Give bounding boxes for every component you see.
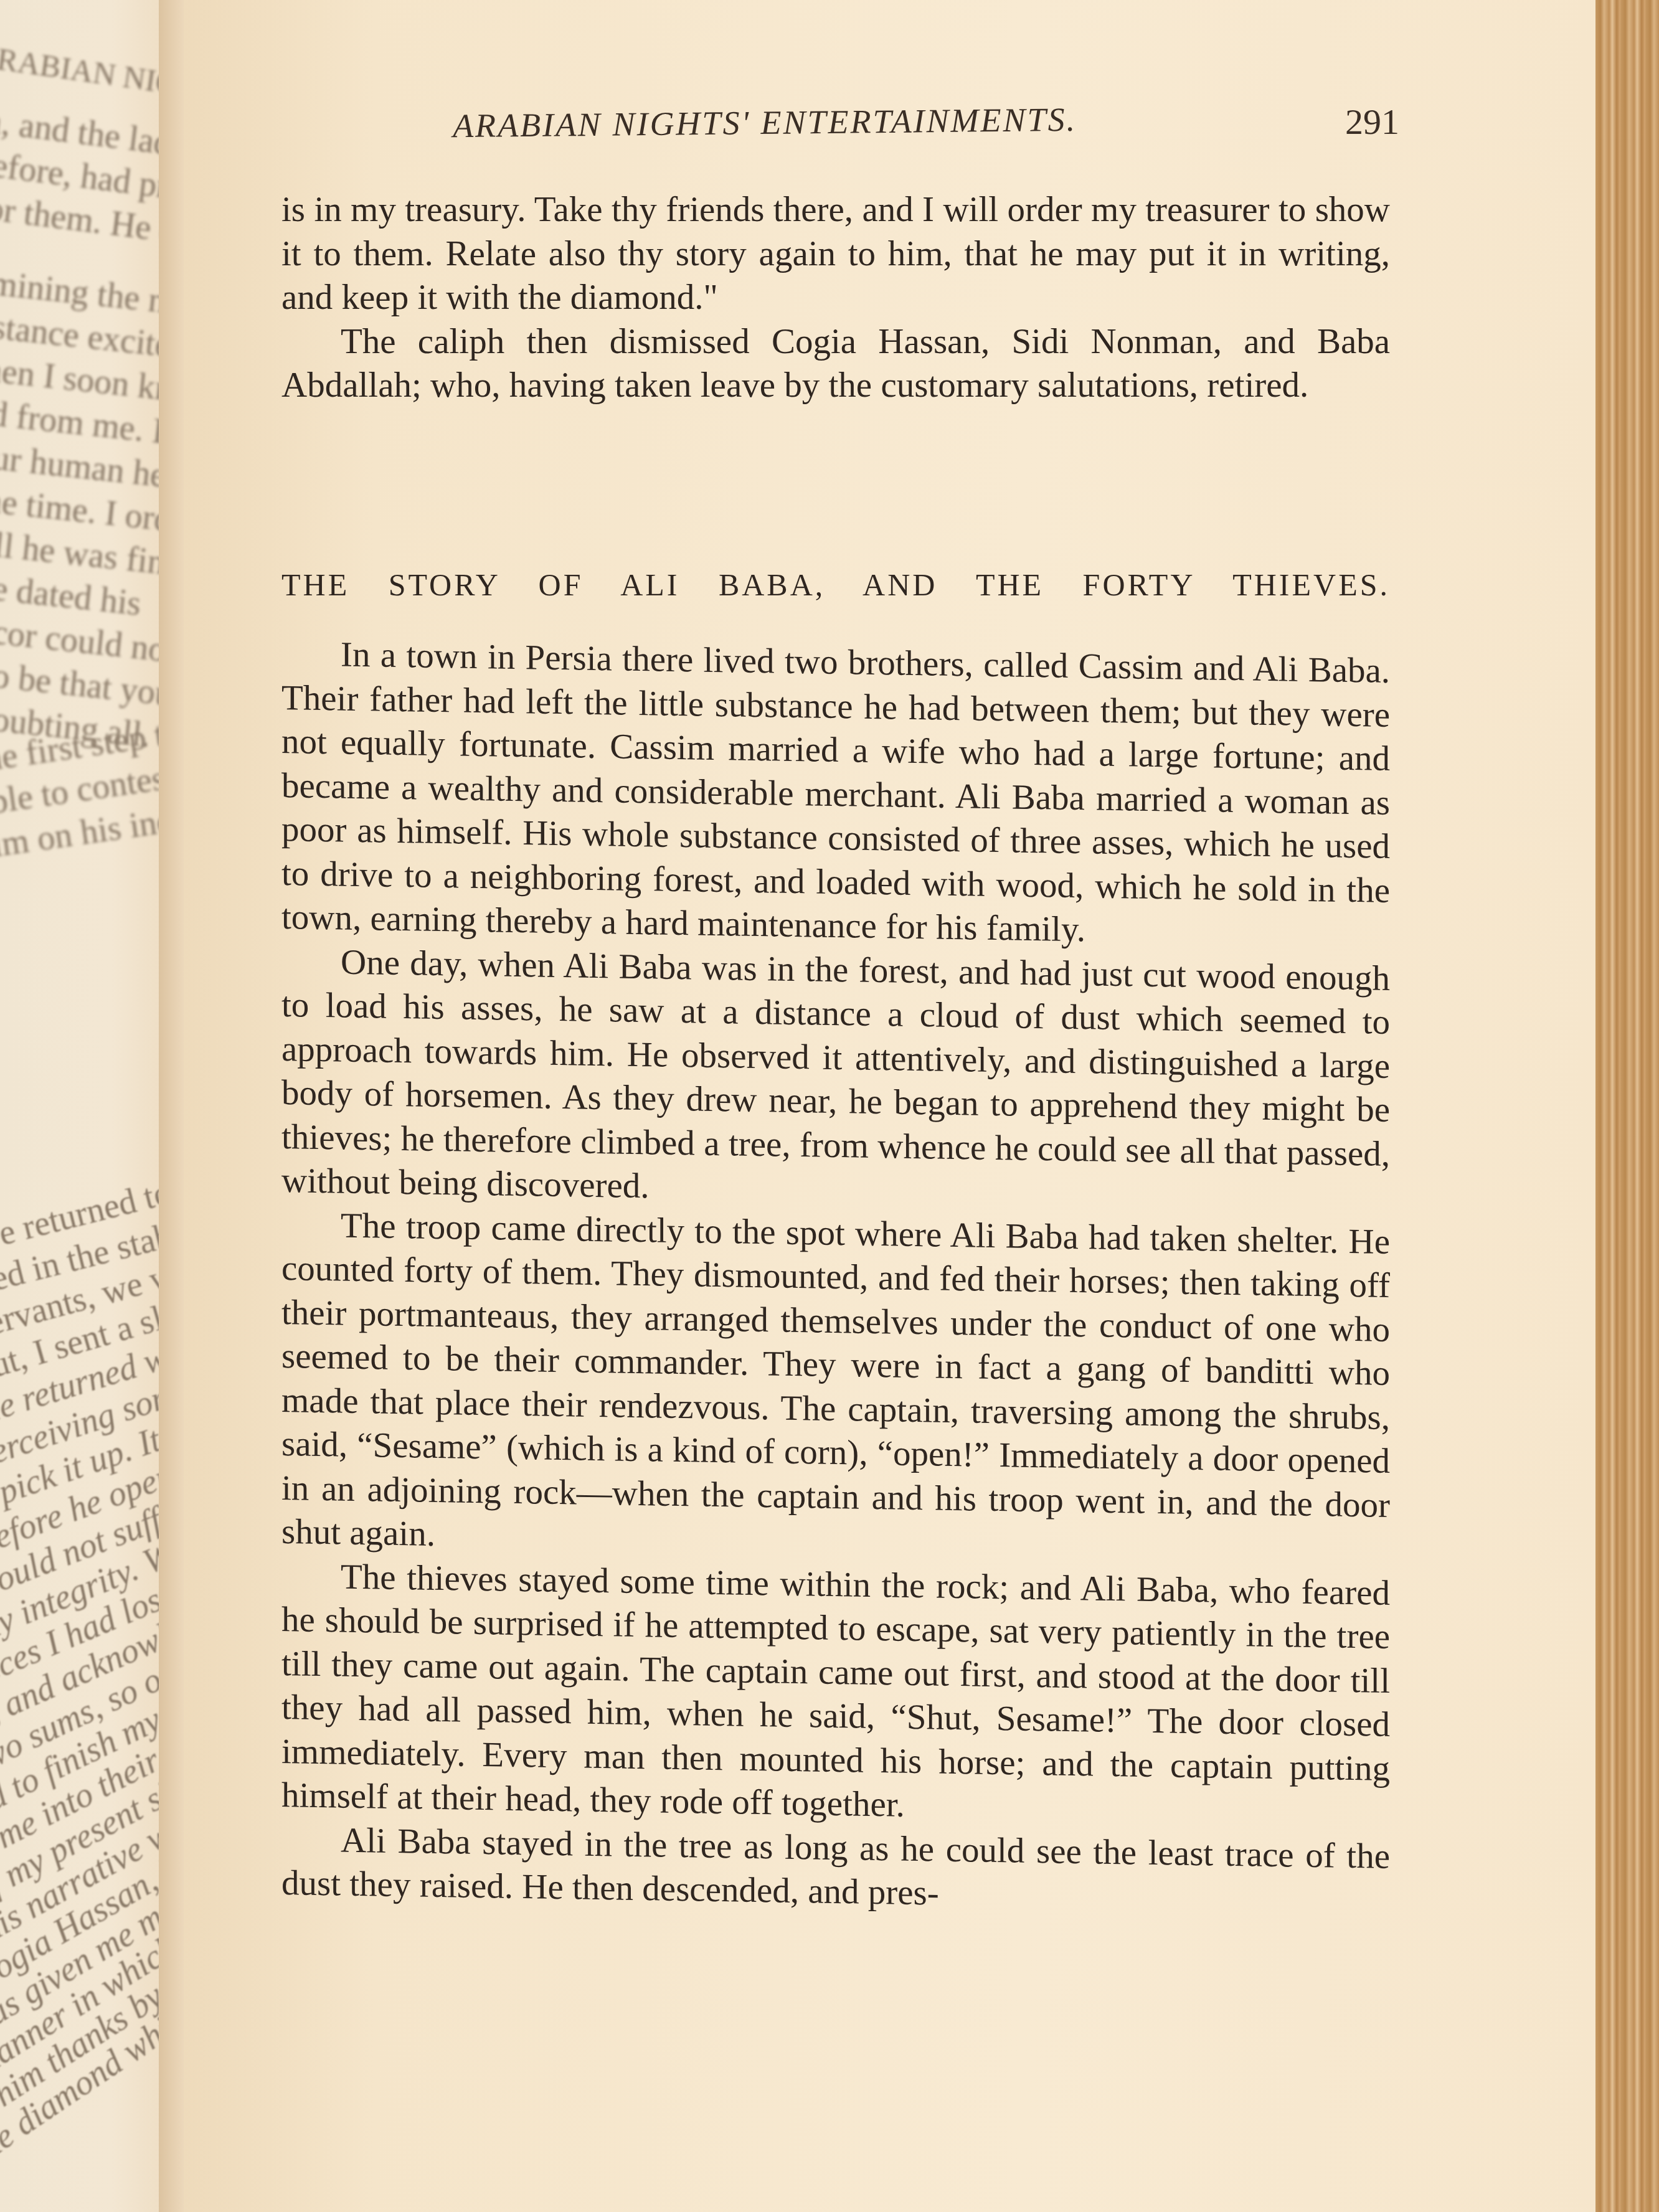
story-body: In a town in Persia there lived two brot… [281, 632, 1390, 1922]
paragraph: One day, when Ali Baba was in the forest… [281, 940, 1390, 1221]
text-block-top: is in my treasury. Take thy friends ther… [281, 188, 1390, 408]
facing-page: ARABIAN NIGHTS' ENTERTAIN m, and the lad… [0, 0, 159, 2212]
paragraph: The thieves stayed some time within the … [281, 1554, 1390, 1835]
paragraph: is in my treasury. Take thy friends ther… [281, 188, 1390, 320]
paragraph: The troop came directly to the spot wher… [281, 1203, 1390, 1572]
running-head-title: ARABIAN NIGHTS' ENTERTAINMENTS. [453, 100, 1077, 145]
page-number: 291 [1345, 101, 1399, 143]
paragraph: Ali Baba stayed in the tree as long as h… [281, 1818, 1390, 1923]
running-head: ARABIAN NIGHTS' ENTERTAINMENTS. 291 [453, 101, 1399, 143]
page-edges [1595, 0, 1659, 2212]
gutter-shadow [159, 0, 184, 2212]
paragraph: In a town in Persia there lived two brot… [281, 632, 1390, 957]
section-heading: THE STORY OF ALI BABA, AND THE FORTY THI… [281, 567, 1390, 603]
paragraph: The caliph then dismissed Cogia Hassan, … [281, 320, 1390, 408]
